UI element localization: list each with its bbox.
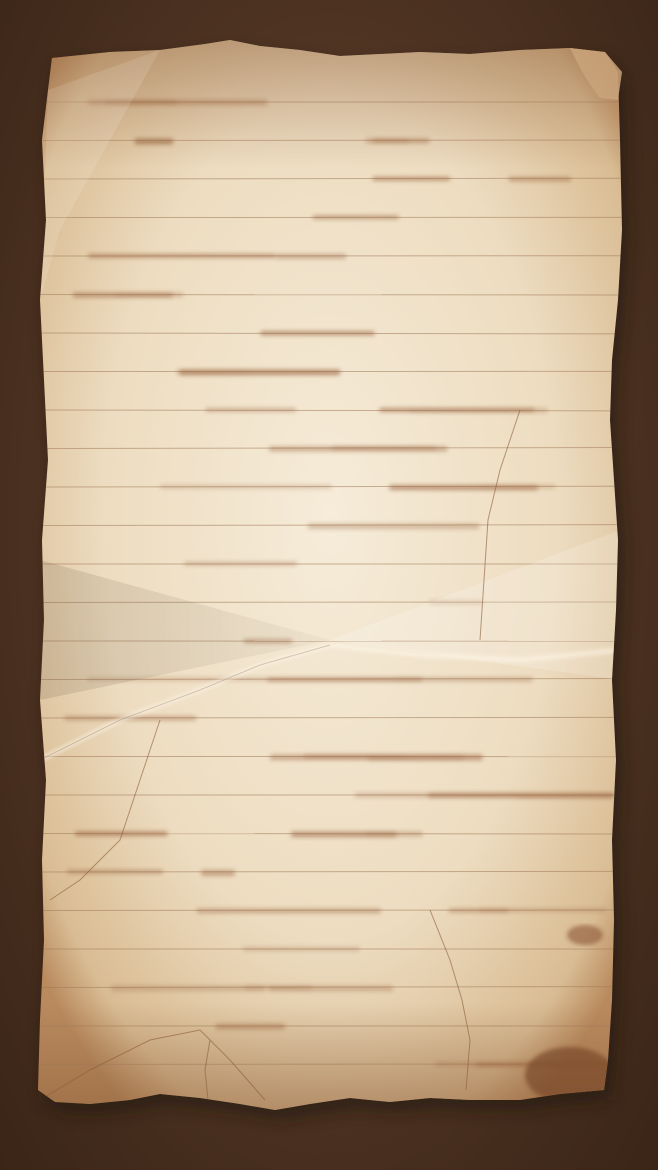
spot-stain	[567, 925, 603, 945]
torn-paper-photo	[0, 0, 658, 1170]
paper-details	[0, 40, 658, 1110]
